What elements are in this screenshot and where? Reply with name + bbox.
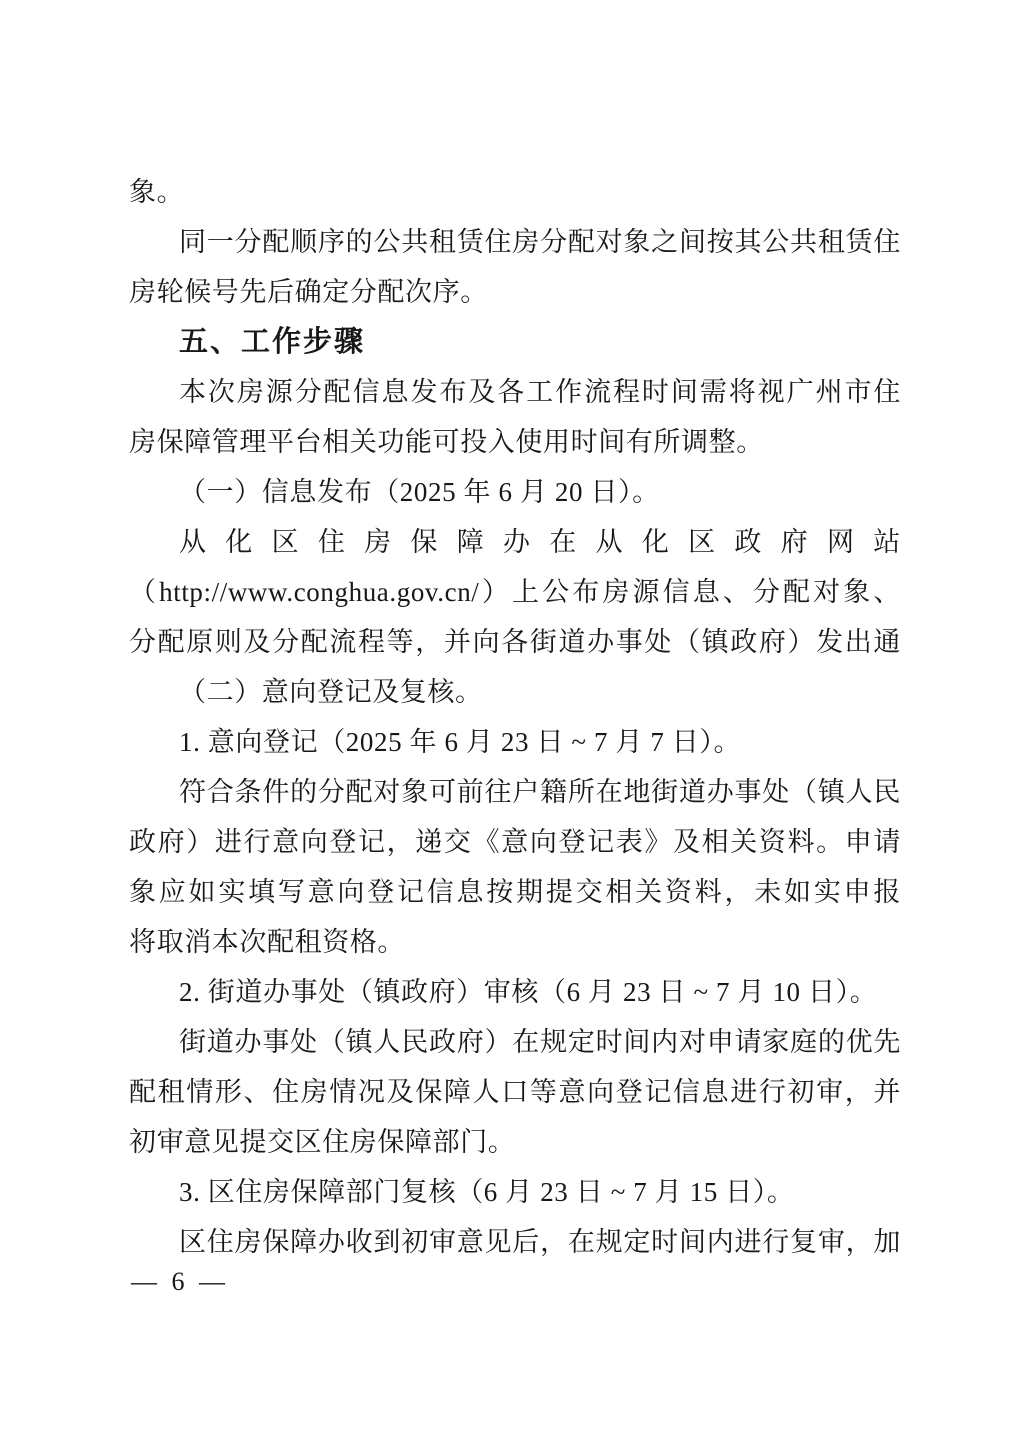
text-line-url: （http://www.conghua.gov.cn/）上公布房源信息、分配对象…: [129, 567, 901, 617]
subsection-title: （一）信息发布（2025 年 6 月 20 日）。: [129, 467, 901, 517]
text-line: 象应如实填写意向登记信息按期提交相关资料，未如实申报的，: [129, 867, 901, 917]
text-line: 符合条件的分配对象可前往户籍所在地街道办事处（镇人民: [129, 767, 901, 817]
text-line: 区住房保障办收到初审意见后，在规定时间内进行复审，加: [129, 1217, 901, 1267]
section-heading: 五、工作步骤: [129, 317, 901, 367]
numbered-item: 2. 街道办事处（镇政府）审核（6 月 23 日 ~ 7 月 10 日）。: [129, 967, 901, 1017]
text-line: 配租情形、住房情况及保障人口等意向登记信息进行初审，并将: [129, 1067, 901, 1117]
document-body: 象。 同一分配顺序的公共租赁住房分配对象之间按其公共租赁住 房轮候号先后确定分配…: [129, 167, 901, 1267]
text-line: 象。: [129, 167, 901, 217]
page-number: — 6 —: [131, 1262, 229, 1302]
numbered-item: 1. 意向登记（2025 年 6 月 23 日 ~ 7 月 7 日）。: [129, 717, 901, 767]
text-line: 本次房源分配信息发布及各工作流程时间需将视广州市住: [129, 367, 901, 417]
text-line: 初审意见提交区住房保障部门。: [129, 1117, 901, 1167]
document-page: 象。 同一分配顺序的公共租赁住房分配对象之间按其公共租赁住 房轮候号先后确定分配…: [0, 0, 1023, 1447]
text-line: 将取消本次配租资格。: [129, 917, 901, 967]
text-line: 同一分配顺序的公共租赁住房分配对象之间按其公共租赁住: [129, 217, 901, 267]
subsection-title: （二）意向登记及复核。: [129, 667, 901, 717]
text-line: 从化区住房保障办在从化区政府网站: [129, 517, 901, 567]
numbered-item: 3. 区住房保障部门复核（6 月 23 日 ~ 7 月 15 日）。: [129, 1167, 901, 1217]
text-line: 分配原则及分配流程等，并向各街道办事处（镇政府）发出通知。: [129, 617, 901, 667]
text-line: 政府）进行意向登记，递交《意向登记表》及相关资料。申请对: [129, 817, 901, 867]
text-line: 房保障管理平台相关功能可投入使用时间有所调整。: [129, 417, 901, 467]
text-line: 街道办事处（镇人民政府）在规定时间内对申请家庭的优先: [129, 1017, 901, 1067]
text-line: 房轮候号先后确定分配次序。: [129, 267, 901, 317]
